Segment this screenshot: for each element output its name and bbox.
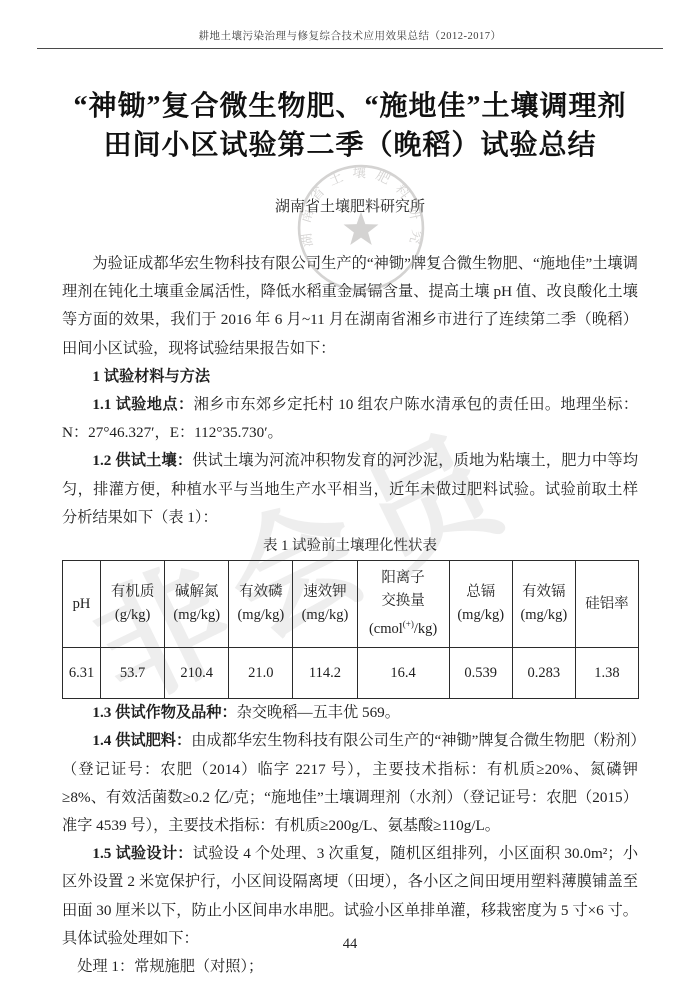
author: 湖南省土壤肥料研究所: [0, 195, 700, 216]
table-value-cell: 16.4: [357, 648, 449, 699]
paragraph-1-1: 1.1 试验地点：湘乡市东郊乡定托村 10 组农户陈水清承包的责任田。地理坐标：…: [62, 391, 638, 447]
table-header-cell: 速效钾(mg/kg): [293, 561, 357, 648]
table-value-cell: 53.7: [101, 648, 165, 699]
table-header-cell: 有机质(g/kg): [101, 561, 165, 648]
page-number: 44: [0, 936, 700, 953]
title-line-1: “神锄”复合微生物肥、“施地佳”土壤调理剂: [73, 91, 626, 122]
table-header-cell: 有效镉(mg/kg): [512, 561, 575, 648]
table-header-cell: 有效磷(mg/kg): [229, 561, 293, 648]
intro-paragraph: 为验证成都华宏生物科技有限公司生产的“神锄”牌复合微生物肥、“施地佳”土壤调理剂…: [62, 250, 638, 363]
paragraph-1-4: 1.4 供试肥料：由成都华宏生物科技有限公司生产的“神锄”牌复合微生物肥（粉剂）…: [62, 727, 638, 840]
table-header-cell: 硅铝率: [575, 561, 638, 648]
table-value-cell: 210.4: [165, 648, 229, 699]
running-header: 耕地土壤污染治理与修复综合技术应用效果总结（2012-2017）: [37, 28, 663, 49]
table1-caption: 表 1 试验前土壤理化性状表: [62, 532, 638, 560]
table-header-cell: 总镉(mg/kg): [449, 561, 512, 648]
running-header-text: 耕地土壤污染治理与修复综合技术应用效果总结（2012-2017）: [199, 31, 502, 42]
paragraph-1-3-label: 1.3 供试作物及品种：: [92, 704, 236, 721]
table-value-cell: 21.0: [229, 648, 293, 699]
table-header-row: pH 有机质(g/kg) 碱解氮(mg/kg) 有效磷(mg/kg) 速效钾(m…: [63, 561, 639, 648]
paragraph-1-3-text: 杂交晚稻—五丰优 569。: [237, 704, 400, 721]
paragraph-1-4-label: 1.4 供试肥料：: [92, 732, 191, 749]
table-header-cell: 阳离子交换量 (cmol(+)/kg): [357, 561, 449, 648]
table-value-cell: 114.2: [293, 648, 357, 699]
table-value-cell: 6.31: [63, 648, 101, 699]
document-page: 湖南省土壤肥料研究所 非会员 耕地土壤污染治理与修复综合技术应用效果总结（201…: [0, 0, 700, 990]
document-title: “神锄”复合微生物肥、“施地佳”土壤调理剂 田间小区试验第二季（晚稻）试验总结: [30, 87, 670, 165]
document-body: 为验证成都华宏生物科技有限公司生产的“神锄”牌复合微生物肥、“施地佳”土壤调理剂…: [62, 250, 638, 981]
table-value-cell: 0.283: [512, 648, 575, 699]
title-line-2: 田间小区试验第二季（晚稻）试验总结: [103, 130, 596, 161]
treatment-1-line: 处理 1：常规施肥（对照）；: [62, 953, 638, 981]
paragraph-1-3: 1.3 供试作物及品种：杂交晚稻—五丰优 569。: [62, 699, 638, 727]
paragraph-1-2-label: 1.2 供试土壤：: [92, 452, 192, 469]
table-header-cell: 碱解氮(mg/kg): [165, 561, 229, 648]
section-heading-methods: 1 试验材料与方法: [62, 363, 638, 391]
paragraph-1-1-label: 1.1 试验地点：: [92, 396, 193, 413]
table-value-row: 6.31 53.7 210.4 21.0 114.2 16.4 0.539 0.…: [63, 648, 639, 699]
table-header-cell: pH: [63, 561, 101, 648]
table-value-cell: 0.539: [449, 648, 512, 699]
paragraph-1-2: 1.2 供试土壤：供试土壤为河流冲积物发育的河沙泥，质地为粘壤土，肥力中等均匀，…: [62, 447, 638, 532]
soil-properties-table: pH 有机质(g/kg) 碱解氮(mg/kg) 有效磷(mg/kg) 速效钾(m…: [62, 560, 639, 699]
table-value-cell: 1.38: [575, 648, 638, 699]
paragraph-1-5-label: 1.5 试验设计：: [92, 845, 192, 862]
